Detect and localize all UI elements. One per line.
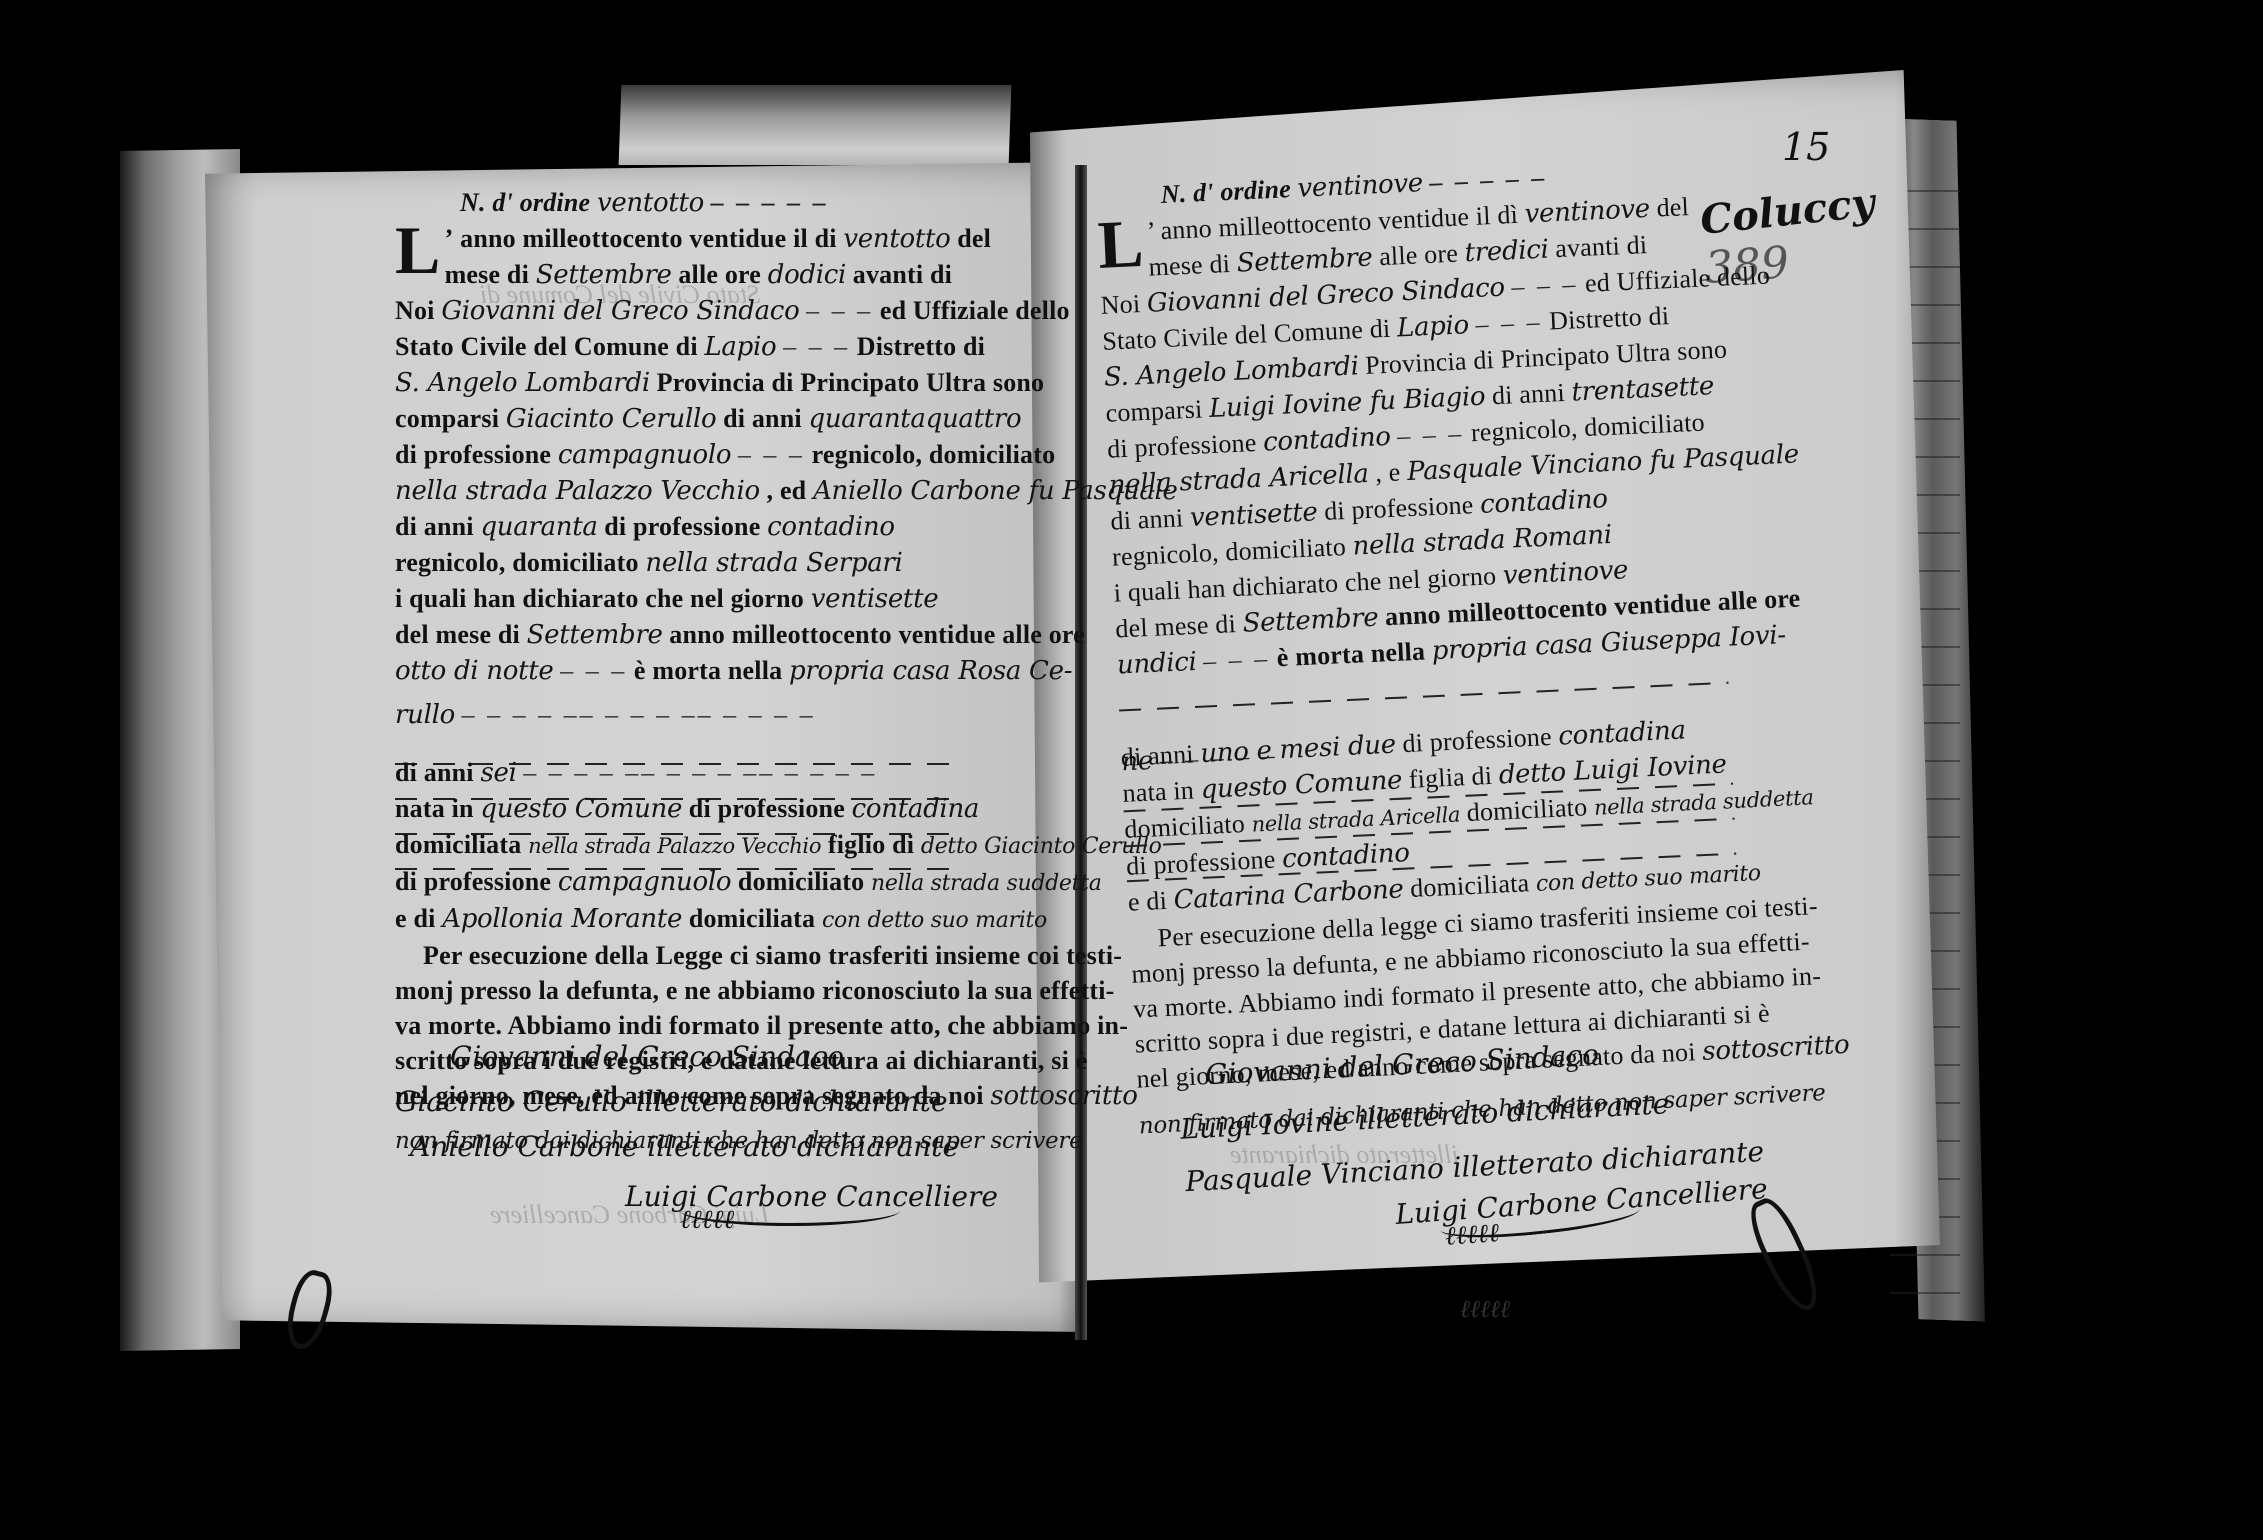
handwritten-text: con detto suo marito bbox=[1535, 861, 1761, 897]
handwritten-text: ventinove bbox=[1502, 555, 1629, 591]
dashes: – – – bbox=[560, 656, 627, 685]
record-line: e di Apollonia Morante domiciliata con d… bbox=[395, 901, 965, 938]
printed-text: domiciliata bbox=[689, 904, 815, 933]
printed-text: è morta nella bbox=[1276, 637, 1426, 673]
record-line: monj presso la defunta, e ne abbiamo ric… bbox=[395, 973, 965, 1008]
dashes: – – – – – bbox=[462, 700, 580, 729]
dashes: – – – – – bbox=[1429, 162, 1548, 196]
printed-text: di anni bbox=[395, 512, 474, 541]
printed-text: di anni bbox=[1491, 378, 1565, 410]
printed-text: , ed bbox=[767, 476, 807, 505]
printed-text: domiciliato bbox=[1124, 809, 1246, 844]
handwritten-text: sei bbox=[480, 758, 516, 788]
printed-text: di professione bbox=[395, 867, 551, 896]
apostrophe: ’ bbox=[1146, 216, 1154, 245]
handwritten-text: con detto suo marito bbox=[822, 908, 1047, 933]
printed-text: Stato Civile del Comune di bbox=[395, 332, 698, 361]
ordine-value: ventinove bbox=[1297, 168, 1424, 204]
handwritten-text: contadino bbox=[1281, 838, 1410, 874]
blank-dashed-line bbox=[1119, 682, 1728, 712]
record-line: del mese di Settembre anno milleottocent… bbox=[395, 617, 965, 653]
handwritten-text: Lapio bbox=[1396, 310, 1469, 343]
ordine-label: N. d' ordine bbox=[1160, 174, 1291, 209]
printed-text: di professione bbox=[395, 440, 551, 469]
handwritten-text: nella strada Aricella bbox=[1251, 802, 1461, 836]
printed-text: di professione bbox=[689, 794, 845, 823]
handwritten-text: otto di notte bbox=[395, 656, 553, 686]
handwritten-text: quarantaquattro bbox=[809, 404, 1022, 434]
record-line: comparsi Giacinto Cerullo di anni quaran… bbox=[395, 401, 965, 437]
handwritten-text: Settembre bbox=[527, 620, 663, 650]
signature-sindaco: Giovanni del Greco Sindaco bbox=[450, 1040, 844, 1073]
printed-text: domiciliato bbox=[1466, 792, 1588, 827]
signature-flourish-loops: ℓℓℓℓℓ bbox=[1444, 1218, 1500, 1252]
signature-declarant-1: Giacinto Cerullo illetterato dichiarante bbox=[395, 1085, 948, 1118]
signature-flourish-loops: ℓℓℓℓℓ bbox=[680, 1205, 734, 1235]
printed-text: e di bbox=[395, 904, 436, 933]
printed-text: di anni bbox=[1110, 503, 1184, 535]
printed-text: ed Uffiziale dello bbox=[880, 296, 1070, 325]
dashes: – – – – – bbox=[759, 758, 877, 787]
handwritten-text: Settembre bbox=[536, 260, 672, 290]
handwritten-text: Giacinto Cerullo bbox=[506, 404, 717, 434]
printed-text: del bbox=[957, 224, 991, 253]
printed-text: Provincia di Principato Ultra sono bbox=[657, 368, 1045, 397]
handwritten-text: ventinove bbox=[1524, 194, 1651, 230]
record-line: mese di Settembre alle ore dodici avanti… bbox=[395, 257, 965, 293]
record-line: Per esecuzione della Legge ci siamo tras… bbox=[395, 938, 965, 973]
handwritten-text: campagnuolo bbox=[558, 440, 731, 470]
printed-text: alle ore bbox=[1379, 239, 1459, 272]
handwritten-text: contadino bbox=[1479, 484, 1608, 520]
handwritten-text: Apollonia Morante bbox=[442, 904, 682, 934]
printed-text: del mese di bbox=[395, 620, 520, 649]
record-line: rullo – – – – –– – – – –– – – – – bbox=[395, 697, 965, 733]
handwritten-text: contadina bbox=[852, 794, 979, 824]
printed-text: figlio di bbox=[828, 830, 914, 859]
printed-text: Distretto di bbox=[857, 332, 985, 361]
record-line: nata in questo Comune di professione con… bbox=[395, 791, 965, 827]
handwritten-text: sottoscritto bbox=[990, 1081, 1137, 1111]
printed-text: del bbox=[1656, 192, 1690, 222]
printed-text: avanti di bbox=[853, 260, 952, 289]
printed-text: nata in bbox=[1122, 775, 1195, 807]
handwritten-text: campagnuolo bbox=[558, 867, 731, 897]
record-line: nella strada Palazzo Vecchio , ed Aniell… bbox=[395, 473, 965, 509]
handwritten-text: Giovanni del Greco Sindaco bbox=[441, 296, 799, 326]
printed-text: di professione bbox=[1107, 428, 1258, 464]
record-line: di professione campagnuolo domiciliato n… bbox=[395, 864, 965, 901]
handwritten-text: ventisette bbox=[1189, 497, 1318, 533]
printed-text: regnicolo, domiciliato bbox=[395, 548, 639, 577]
record-line: otto di notte – – – è morta nella propri… bbox=[395, 653, 965, 689]
printed-text: e di bbox=[1127, 886, 1167, 917]
handwritten-text: Settembre bbox=[1242, 603, 1379, 639]
dashes: – – – bbox=[1511, 269, 1579, 301]
handwritten-text: ventotto bbox=[843, 224, 950, 254]
handwritten-text: dodici bbox=[768, 260, 846, 290]
handwritten-text: S. Angelo Lombardi bbox=[395, 368, 650, 398]
printed-text: mese di bbox=[1148, 249, 1231, 282]
dashes: – – – bbox=[738, 440, 805, 469]
record-line: di anni sei – – – – –– – – – –– – – – – bbox=[395, 755, 965, 791]
printed-text: di anni bbox=[1120, 739, 1194, 772]
dashes: – – – – – bbox=[580, 700, 698, 729]
handwritten-text: ventisette bbox=[811, 584, 939, 614]
handwritten-text: contadino bbox=[1263, 422, 1392, 458]
signature-declarant-2: Aniello Carbone illetterato dichiarante bbox=[410, 1130, 959, 1163]
ordine-value: ventotto bbox=[597, 188, 704, 218]
dashes: – – – bbox=[806, 296, 873, 325]
handwritten-text: contadino bbox=[767, 512, 895, 542]
record-line: S. Angelo Lombardi Provincia di Principa… bbox=[395, 365, 965, 401]
printed-text: di professione bbox=[1125, 845, 1276, 881]
dashes: – – – – – bbox=[641, 758, 759, 787]
printed-text: mese di bbox=[445, 260, 529, 289]
ordine-label: N. d' ordine bbox=[460, 188, 590, 217]
printed-text: , e bbox=[1375, 457, 1401, 487]
handwritten-text: nella strada suddetta bbox=[871, 871, 1101, 896]
printed-text: avanti di bbox=[1555, 230, 1648, 263]
book-top-edge bbox=[619, 85, 1012, 165]
printed-text: figlia di bbox=[1408, 761, 1493, 794]
handwritten-text: trentasette bbox=[1571, 371, 1715, 407]
dashes: – – – bbox=[783, 332, 850, 361]
record-number-line: N. d' ordine ventotto – – – – – bbox=[395, 185, 965, 221]
handwritten-text: undici bbox=[1116, 647, 1197, 681]
printed-text: di professione bbox=[1324, 490, 1475, 526]
printed-text: anno milleottocento ventidue il di bbox=[460, 224, 837, 253]
handwritten-text: Lapio bbox=[704, 332, 776, 362]
printed-text: alle ore bbox=[678, 260, 761, 289]
record-line: Stato Civile del Comune di Lapio – – – D… bbox=[395, 329, 965, 365]
page-gutter bbox=[1075, 165, 1087, 1340]
dashes: – – – – – bbox=[523, 758, 641, 787]
printed-text: Noi bbox=[1100, 289, 1141, 320]
handwritten-text: rullo bbox=[395, 700, 455, 730]
printed-text: del mese di bbox=[1115, 609, 1237, 643]
printed-text: comparsi bbox=[395, 404, 499, 433]
record-line: va morte. Abbiamo indi formato il presen… bbox=[395, 1008, 965, 1043]
printed-text: di anni bbox=[395, 758, 474, 787]
handwritten-text: nella strada Serpari bbox=[645, 548, 902, 578]
dashes: – – – – – bbox=[711, 188, 829, 217]
handwritten-text: nella strada Palazzo Vecchio bbox=[395, 476, 760, 506]
printed-text: di professione bbox=[604, 512, 760, 541]
printed-text: Noi bbox=[395, 296, 435, 325]
record-line: domiciliata nella strada Palazzo Vecchio… bbox=[395, 827, 965, 864]
record-line: Noi Giovanni del Greco Sindaco – – – ed … bbox=[395, 293, 965, 329]
handwritten-text: Settembre bbox=[1236, 243, 1373, 279]
record-line: L’ anno milleottocento ventidue il di ve… bbox=[395, 221, 965, 257]
printed-text: regnicolo, domiciliato bbox=[812, 440, 1056, 469]
dashes: – – – – – bbox=[698, 700, 816, 729]
apostrophe: ’ bbox=[445, 224, 454, 253]
scanned-register-spread: Stato Civile del Comune di illetterato d… bbox=[0, 0, 2263, 1540]
printed-text: nata in bbox=[395, 794, 474, 823]
printed-text: comparsi bbox=[1105, 394, 1203, 427]
printed-text: di professione bbox=[1402, 722, 1553, 758]
dashes: – – – bbox=[1397, 419, 1465, 451]
page-number: 15 bbox=[1782, 125, 1830, 169]
printed-text: domiciliata bbox=[395, 830, 521, 859]
bottom-edge-flourish: ℓℓℓℓℓ bbox=[1460, 1295, 1510, 1324]
printed-text: è morta nella bbox=[634, 656, 782, 685]
printed-text: di anni bbox=[723, 404, 802, 433]
handwritten-text: quaranta bbox=[480, 512, 597, 542]
dashes: – – – bbox=[1203, 644, 1271, 676]
record-line: di anni quaranta di professione contadin… bbox=[395, 509, 965, 545]
record-line: di professione campagnuolo – – – regnico… bbox=[395, 437, 965, 473]
printed-text: i quali han dichiarato che nel giorno bbox=[395, 584, 804, 613]
handwritten-text: nella strada Palazzo Vecchio bbox=[528, 834, 821, 858]
record-line: regnicolo, domiciliato nella strada Serp… bbox=[395, 545, 965, 581]
handwritten-text: tredici bbox=[1464, 235, 1549, 269]
handwritten-text: contadina bbox=[1558, 715, 1687, 751]
printed-text: domiciliato bbox=[738, 867, 864, 896]
record-line: i quali han dichiarato che nel giorno ve… bbox=[395, 581, 965, 617]
handwritten-text: questo Comune bbox=[480, 794, 682, 824]
dashes: – – – bbox=[1475, 307, 1543, 339]
printed-text: Distretto di bbox=[1549, 301, 1670, 335]
printed-text: anno milleottocento ventidue alle ore bbox=[669, 620, 1085, 649]
printed-text: domiciliata bbox=[1409, 868, 1529, 903]
handwritten-text: propria casa Rosa Ce- bbox=[789, 656, 1072, 686]
